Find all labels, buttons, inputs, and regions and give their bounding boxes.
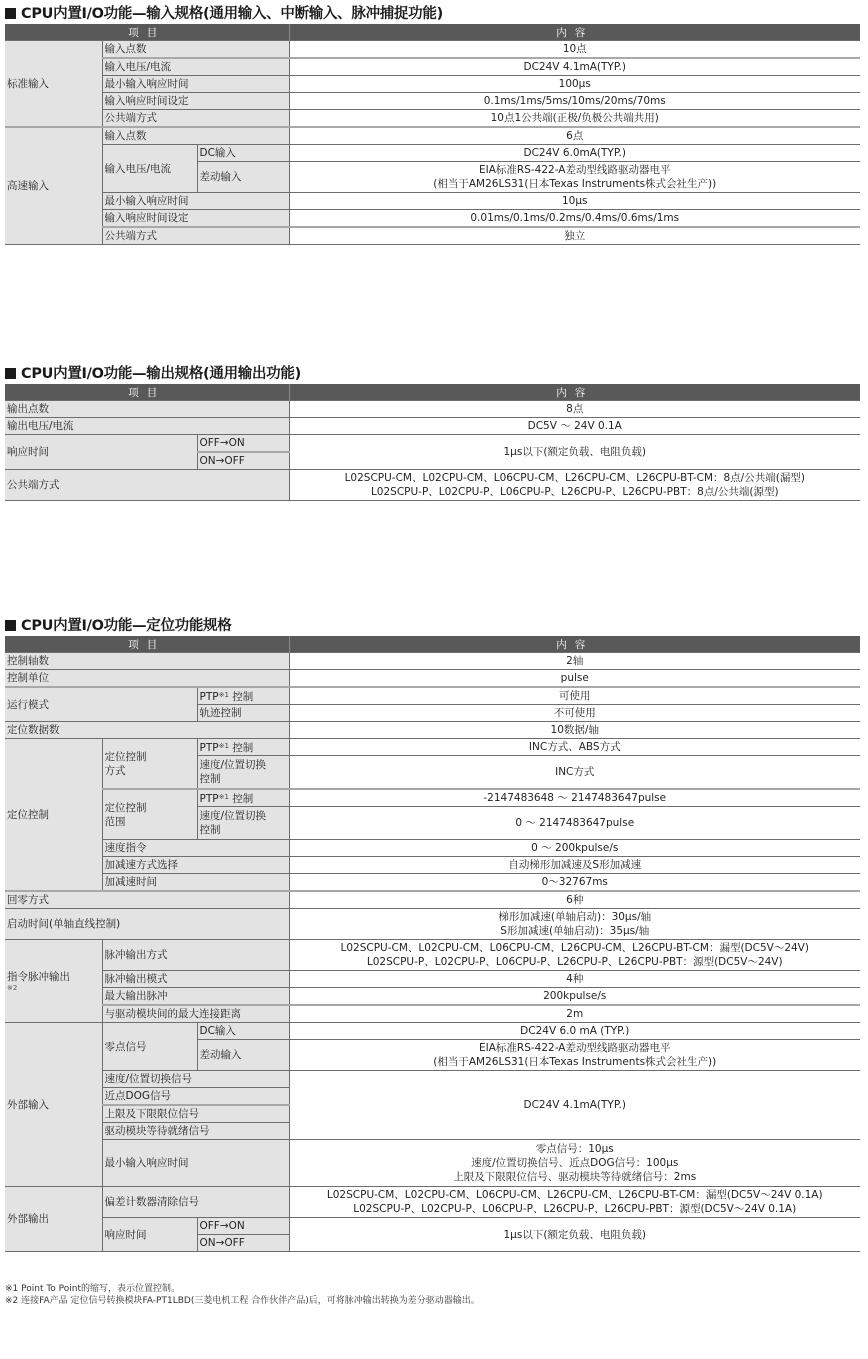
row-value: 200kpulse/s bbox=[289, 988, 860, 1006]
value-line: L02SCPU-P、L02CPU-P、L06CPU-P、L26CPU-P、L26… bbox=[292, 955, 859, 969]
row-value: 自动梯形加减速及S形加减速 bbox=[289, 857, 860, 874]
row-label: 输入点数 bbox=[102, 127, 289, 145]
row-value: EIA标准RS-422-A差动型线路驱动器电平(相当于AM26LS31(日本Te… bbox=[289, 1040, 860, 1071]
output-spec-table: 项目内容 输出点数8点 输出电压/电流DC5V ～ 24V 0.1A 响应时间O… bbox=[5, 384, 860, 501]
row-value: 零点信号：10μs速度/位置切换信号、近点DOG信号：100μs上限及下限限位信… bbox=[289, 1140, 860, 1187]
row-label: 加减速时间 bbox=[102, 874, 289, 892]
row-label: 偏差计数器清除信号 bbox=[102, 1187, 289, 1218]
row-value: 10数据/轴 bbox=[289, 722, 860, 739]
row-value: 4种 bbox=[289, 971, 860, 988]
label-line: 指令脉冲输出 bbox=[7, 970, 100, 984]
title-text: CPU内置I/O功能—定位功能规格 bbox=[21, 618, 231, 634]
row-value: 1μs以下(额定负载、电阻负载) bbox=[289, 1218, 860, 1252]
sub-label: 速度/位置切换控制 bbox=[197, 756, 289, 790]
row-value: INC方式 bbox=[289, 756, 860, 790]
row-value: 6种 bbox=[289, 891, 860, 909]
row-label: 输入电压/电流 bbox=[102, 58, 289, 76]
sub-label: OFF→ON bbox=[197, 1218, 289, 1235]
value-line: 速度/位置切换信号、近点DOG信号：100μs bbox=[292, 1156, 859, 1170]
row-label: 最小输入响应时间 bbox=[102, 193, 289, 210]
label-line: 控制 bbox=[200, 823, 287, 837]
footnote-ref: ※1 bbox=[219, 691, 229, 699]
value-line: L02SCPU-CM、L02CPU-CM、L06CPU-CM、L26CPU-CM… bbox=[292, 941, 859, 955]
row-value: L02SCPU-CM、L02CPU-CM、L06CPU-CM、L26CPU-CM… bbox=[289, 1187, 860, 1218]
value-line: L02SCPU-P、L02CPU-P、L06CPU-P、L26CPU-P、L26… bbox=[292, 1202, 859, 1216]
sub-label: DC输入 bbox=[197, 1023, 289, 1040]
group-high-speed-input: 高速输入 bbox=[5, 127, 102, 245]
row-value: EIA标准RS-422-A差动型线路驱动器电平(相当于AM26LS31(日本Te… bbox=[289, 162, 860, 193]
row-label: 速度/位置切换信号 bbox=[102, 1071, 289, 1088]
row-label: 运行模式 bbox=[5, 687, 197, 722]
row-value: 8点 bbox=[289, 401, 860, 418]
section-title: CPU内置I/O功能—定位功能规格 bbox=[5, 616, 860, 636]
ctrl-text: 控制 bbox=[229, 793, 253, 805]
section-title: CPU内置I/O功能—输出规格(通用输出功能) bbox=[5, 364, 860, 384]
header-item: 项目 bbox=[5, 24, 289, 41]
sub-label: ON→OFF bbox=[197, 1235, 289, 1252]
value-line: S形加减速(单轴启动)：35μs/轴 bbox=[292, 924, 859, 938]
label-line: 速度/位置切换 bbox=[200, 809, 287, 823]
header-item: 项目 bbox=[5, 384, 289, 401]
row-value: 0 ～ 2147483647pulse bbox=[289, 807, 860, 840]
row-label: 定位控制方式 bbox=[102, 739, 197, 790]
row-value: L02SCPU-CM、L02CPU-CM、L06CPU-CM、L26CPU-CM… bbox=[289, 940, 860, 971]
row-label: 公共端方式 bbox=[102, 110, 289, 128]
row-label: 输入点数 bbox=[102, 41, 289, 59]
row-label: 上限及下限限位信号 bbox=[102, 1105, 289, 1123]
group-external-output: 外部输出 bbox=[5, 1187, 102, 1252]
group-external-input: 外部输入 bbox=[5, 1023, 102, 1187]
row-value: 独立 bbox=[289, 227, 860, 245]
row-label: 输入响应时间设定 bbox=[102, 210, 289, 228]
title-text: CPU内置I/O功能—输出规格(通用输出功能) bbox=[21, 366, 301, 382]
square-bullet-icon bbox=[5, 368, 16, 379]
ctrl-text: 控制 bbox=[229, 691, 253, 703]
square-bullet-icon bbox=[5, 8, 16, 19]
row-label: 加减速方式选择 bbox=[102, 857, 289, 874]
group-positioning-control: 定位控制 bbox=[5, 739, 102, 892]
value-line: EIA标准RS-422-A差动型线路驱动器电平 bbox=[292, 1041, 859, 1055]
group-standard-input: 标准输入 bbox=[5, 41, 102, 128]
row-value: -2147483648 ～ 2147483647pulse bbox=[289, 789, 860, 807]
sub-label: OFF→ON bbox=[197, 435, 289, 453]
row-label: 最大输出脉冲 bbox=[102, 988, 289, 1006]
row-value: 0～32767ms bbox=[289, 874, 860, 892]
label-line: 定位控制 bbox=[105, 801, 195, 815]
row-value: DC5V ～ 24V 0.1A bbox=[289, 418, 860, 435]
row-label: 零点信号 bbox=[102, 1023, 197, 1071]
row-label: 公共端方式 bbox=[102, 227, 289, 245]
ptp-text: PTP bbox=[200, 691, 219, 703]
row-value: 0.01ms/0.1ms/0.2ms/0.4ms/0.6ms/1ms bbox=[289, 210, 860, 228]
row-label: 最小输入响应时间 bbox=[102, 1140, 289, 1187]
row-label: 启动时间(单轴直线控制) bbox=[5, 909, 289, 940]
sub-label: PTP※1 控制 bbox=[197, 789, 289, 807]
row-value: DC24V 6.0mA(TYP.) bbox=[289, 145, 860, 162]
row-label: 公共端方式 bbox=[5, 470, 289, 501]
header-content: 内容 bbox=[289, 636, 860, 653]
row-value: 1μs以下(额定负载、电阻负载) bbox=[289, 435, 860, 470]
row-value: 10点 bbox=[289, 41, 860, 59]
row-value: 不可使用 bbox=[289, 705, 860, 722]
label-line: 定位控制 bbox=[105, 750, 195, 764]
value-line: (相当于AM26LS31(日本Texas Instruments株式会社生产)) bbox=[292, 1055, 859, 1069]
input-spec-section: CPU内置I/O功能—输入规格(通用输入、中断输入、脉冲捕捉功能) 项目内容 标… bbox=[5, 4, 860, 245]
header-item: 项目 bbox=[5, 636, 289, 653]
row-value: DC24V 4.1mA(TYP.) bbox=[289, 58, 860, 76]
row-value: 0 ～ 200kpulse/s bbox=[289, 840, 860, 857]
sub-label: 差动输入 bbox=[197, 162, 289, 193]
row-label: 脉冲输出模式 bbox=[102, 971, 289, 988]
row-value: 100μs bbox=[289, 76, 860, 93]
value-line: 零点信号：10μs bbox=[292, 1142, 859, 1156]
header-content: 内容 bbox=[289, 384, 860, 401]
row-label: 输出点数 bbox=[5, 401, 289, 418]
group-pulse-output: 指令脉冲输出※2 bbox=[5, 940, 102, 1023]
row-value: 6点 bbox=[289, 127, 860, 145]
row-label: 驱动模块等待就绪信号 bbox=[102, 1123, 289, 1140]
title-text: CPU内置I/O功能—输入规格(通用输入、中断输入、脉冲捕捉功能) bbox=[21, 6, 443, 22]
row-label: 与驱动模块间的最大连接距离 bbox=[102, 1005, 289, 1023]
row-label: 定位控制范围 bbox=[102, 789, 197, 840]
value-line: L02SCPU-CM、L02CPU-CM、L06CPU-CM、L26CPU-CM… bbox=[292, 1188, 859, 1202]
row-label: 定位数据数 bbox=[5, 722, 289, 739]
value-line: L02SCPU-P、L02CPU-P、L06CPU-P、L26CPU-P、L26… bbox=[292, 485, 859, 499]
row-label: 控制轴数 bbox=[5, 653, 289, 670]
positioning-spec-table: 项目内容 控制轴数2轴 控制单位pulse 运行模式PTP※1 控制可使用 轨迹… bbox=[5, 636, 860, 1252]
sub-label: 速度/位置切换控制 bbox=[197, 807, 289, 840]
row-label: 响应时间 bbox=[5, 435, 197, 470]
row-value: DC24V 4.1mA(TYP.) bbox=[289, 1071, 860, 1140]
row-value: L02SCPU-CM、L02CPU-CM、L06CPU-CM、L26CPU-CM… bbox=[289, 470, 860, 501]
row-label: 脉冲输出方式 bbox=[102, 940, 289, 971]
label-line: 控制 bbox=[200, 772, 287, 786]
row-value: pulse bbox=[289, 670, 860, 688]
row-value: INC方式、ABS方式 bbox=[289, 739, 860, 756]
row-value: 10点1公共端(正极/负极公共端共用) bbox=[289, 110, 860, 128]
ptp-text: PTP bbox=[200, 793, 219, 805]
row-label: 输入响应时间设定 bbox=[102, 93, 289, 110]
row-label: 近点DOG信号 bbox=[102, 1088, 289, 1106]
row-value: DC24V 6.0 mA (TYP.) bbox=[289, 1023, 860, 1040]
sub-label: PTP※1 控制 bbox=[197, 739, 289, 756]
sub-label: PTP※1 控制 bbox=[197, 687, 289, 705]
row-label: 输出电压/电流 bbox=[5, 418, 289, 435]
row-value: 10μs bbox=[289, 193, 860, 210]
label-line: 方式 bbox=[105, 764, 195, 778]
square-bullet-icon bbox=[5, 620, 16, 631]
footnote-ref: ※2 bbox=[7, 984, 100, 993]
row-value: 2轴 bbox=[289, 653, 860, 670]
value-line: 上限及下限限位信号、驱动模块等待就绪信号：2ms bbox=[292, 1170, 859, 1184]
label-line: 速度/位置切换 bbox=[200, 758, 287, 772]
section-title: CPU内置I/O功能—输入规格(通用输入、中断输入、脉冲捕捉功能) bbox=[5, 4, 860, 24]
sub-label: DC输入 bbox=[197, 145, 289, 162]
sub-label: 轨迹控制 bbox=[197, 705, 289, 722]
header-content: 内容 bbox=[289, 24, 860, 41]
row-value: 梯形加减速(单轴启动)：30μs/轴S形加减速(单轴启动)：35μs/轴 bbox=[289, 909, 860, 940]
value-line: (相当于AM26LS31(日本Texas Instruments株式会社生产)) bbox=[292, 177, 859, 191]
footnote-ref: ※1 bbox=[219, 742, 229, 750]
row-label: 响应时间 bbox=[102, 1218, 197, 1252]
row-value: 可使用 bbox=[289, 687, 860, 705]
sub-label: 差动输入 bbox=[197, 1040, 289, 1071]
ctrl-text: 控制 bbox=[229, 742, 253, 754]
positioning-spec-section: CPU内置I/O功能—定位功能规格 项目内容 控制轴数2轴 控制单位pulse … bbox=[5, 616, 860, 1252]
row-label: 控制单位 bbox=[5, 670, 289, 688]
sub-label: ON→OFF bbox=[197, 452, 289, 470]
row-label: 速度指令 bbox=[102, 840, 289, 857]
ptp-text: PTP bbox=[200, 742, 219, 754]
label-line: 范围 bbox=[105, 815, 195, 829]
row-label: 输入电压/电流 bbox=[102, 145, 197, 193]
value-line: L02SCPU-CM、L02CPU-CM、L06CPU-CM、L26CPU-CM… bbox=[292, 471, 859, 485]
value-line: EIA标准RS-422-A差动型线路驱动器电平 bbox=[292, 163, 859, 177]
row-value: 0.1ms/1ms/5ms/10ms/20ms/70ms bbox=[289, 93, 860, 110]
value-line: 梯形加减速(单轴启动)：30μs/轴 bbox=[292, 910, 859, 924]
output-spec-section: CPU内置I/O功能—输出规格(通用输出功能) 项目内容 输出点数8点 输出电压… bbox=[5, 364, 860, 501]
row-label: 回零方式 bbox=[5, 891, 289, 909]
footnote-2: ※2 连接FA产品 定位信号转换模块FA-PT1LBD(三菱电机工程 合作伙伴产… bbox=[5, 1295, 480, 1307]
input-spec-table: 项目内容 标准输入输入点数10点 输入电压/电流DC24V 4.1mA(TYP.… bbox=[5, 24, 860, 245]
footnote-ref: ※1 bbox=[219, 793, 229, 801]
row-value: 2m bbox=[289, 1005, 860, 1023]
row-label: 最小输入响应时间 bbox=[102, 76, 289, 93]
footnote-1: ※1 Point To Point的缩写，表示位置控制。 bbox=[5, 1283, 180, 1295]
